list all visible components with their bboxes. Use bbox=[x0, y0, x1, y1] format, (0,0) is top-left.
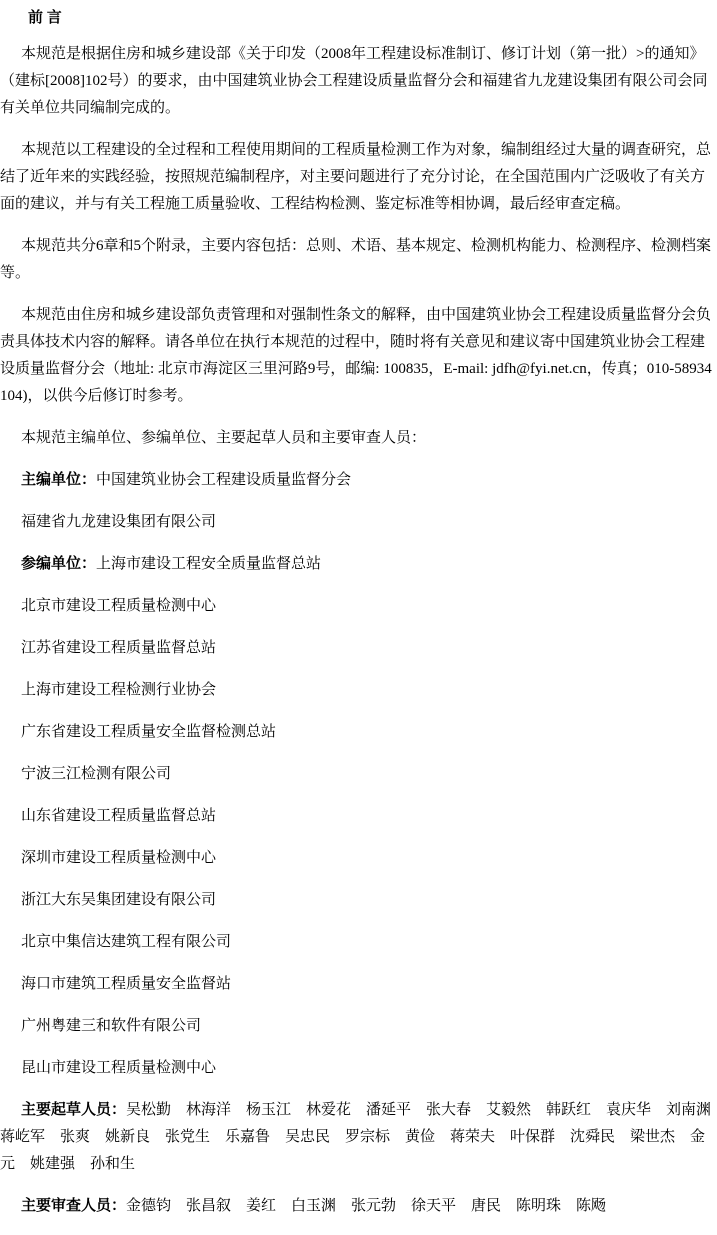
participating-label: 参编单位： bbox=[21, 556, 96, 572]
reviewers-label: 主要审查人员： bbox=[21, 1198, 126, 1214]
participating-unit: 广东省建设工程质量安全监督检测总站 bbox=[21, 724, 276, 740]
participating-unit-line: 深圳市建设工程质量检测中心 bbox=[0, 845, 717, 872]
participating-unit-line: 山东省建设工程质量监督总站 bbox=[0, 803, 717, 830]
participating-unit: 宁波三江检测有限公司 bbox=[21, 766, 171, 782]
participating-unit: 昆山市建设工程质量检测中心 bbox=[21, 1060, 216, 1076]
participating-unit-line: 江苏省建设工程质量监督总站 bbox=[0, 635, 717, 662]
paragraph-management: 本规范由住房和城乡建设部负责管理和对强制性条文的解释，由中国建筑业协会工程建设质… bbox=[0, 302, 717, 410]
chief-editor-unit-line: 主编单位：中国建筑业协会工程建设质量监督分会 bbox=[0, 467, 717, 494]
participating-unit: 江苏省建设工程质量监督总站 bbox=[21, 640, 216, 656]
participating-unit: 北京中集信达建筑工程有限公司 bbox=[21, 934, 231, 950]
participating-unit-line: 广东省建设工程质量安全监督检测总站 bbox=[0, 719, 717, 746]
participating-unit-line: 昆山市建设工程质量检测中心 bbox=[0, 1055, 717, 1082]
drafters-line: 主要起草人员：吴松勤 林海洋 杨玉江 林爱花 潘延平 张大春 艾毅然 韩跃红 袁… bbox=[0, 1097, 717, 1178]
paragraph-scope: 本规范以工程建设的全过程和工程使用期间的工程质量检测工作为对象，编制组经过大量的… bbox=[0, 137, 717, 218]
document-page: 前 言 本规范是根据住房和城乡建设部《关于印发（2008年工程建设标准制订、修订… bbox=[0, 0, 717, 1235]
participating-unit-line: 上海市建设工程检测行业协会 bbox=[0, 677, 717, 704]
chief-editor-label: 主编单位： bbox=[21, 472, 96, 488]
paragraph-units-intro: 本规范主编单位、参编单位、主要起草人员和主要审查人员： bbox=[0, 425, 717, 452]
participating-unit: 上海市建设工程安全质量监督总站 bbox=[96, 556, 321, 572]
participating-unit: 浙江大东吴集团建设有限公司 bbox=[21, 892, 216, 908]
paragraph-contents: 本规范共分6章和5个附录，主要内容包括：总则、术语、基本规定、检测机构能力、检测… bbox=[0, 233, 717, 287]
reviewers-line: 主要审查人员：金德钧 张昌叙 姜红 白玉渊 张元勃 徐天平 唐民 陈明珠 陈飏 bbox=[0, 1193, 717, 1220]
reviewers-names: 金德钧 张昌叙 姜红 白玉渊 张元勃 徐天平 唐民 陈明珠 陈飏 bbox=[126, 1198, 606, 1214]
chief-editor-unit: 中国建筑业协会工程建设质量监督分会 bbox=[96, 472, 351, 488]
participating-unit-line: 浙江大东吴集团建设有限公司 bbox=[0, 887, 717, 914]
participating-unit: 海口市建筑工程质量安全监督站 bbox=[21, 976, 231, 992]
drafters-label: 主要起草人员： bbox=[21, 1102, 126, 1118]
page-title: 前 言 bbox=[28, 10, 717, 26]
participating-unit-line: 宁波三江检测有限公司 bbox=[0, 761, 717, 788]
participating-unit: 深圳市建设工程质量检测中心 bbox=[21, 850, 216, 866]
participating-unit-line: 北京中集信达建筑工程有限公司 bbox=[0, 929, 717, 956]
chief-editor-unit-line: 福建省九龙建设集团有限公司 bbox=[0, 509, 717, 536]
participating-unit-line: 参编单位：上海市建设工程安全质量监督总站 bbox=[0, 551, 717, 578]
participating-unit-line: 海口市建筑工程质量安全监督站 bbox=[0, 971, 717, 998]
participating-unit-line: 北京市建设工程质量检测中心 bbox=[0, 593, 717, 620]
paragraph-basis: 本规范是根据住房和城乡建设部《关于印发（2008年工程建设标准制订、修订计划（第… bbox=[0, 41, 717, 122]
chief-editor-unit: 福建省九龙建设集团有限公司 bbox=[21, 514, 216, 530]
participating-unit-line: 广州粤建三和软件有限公司 bbox=[0, 1013, 717, 1040]
participating-unit: 上海市建设工程检测行业协会 bbox=[21, 682, 216, 698]
participating-unit: 广州粤建三和软件有限公司 bbox=[21, 1018, 201, 1034]
participating-unit: 山东省建设工程质量监督总站 bbox=[21, 808, 216, 824]
participating-unit: 北京市建设工程质量检测中心 bbox=[21, 598, 216, 614]
